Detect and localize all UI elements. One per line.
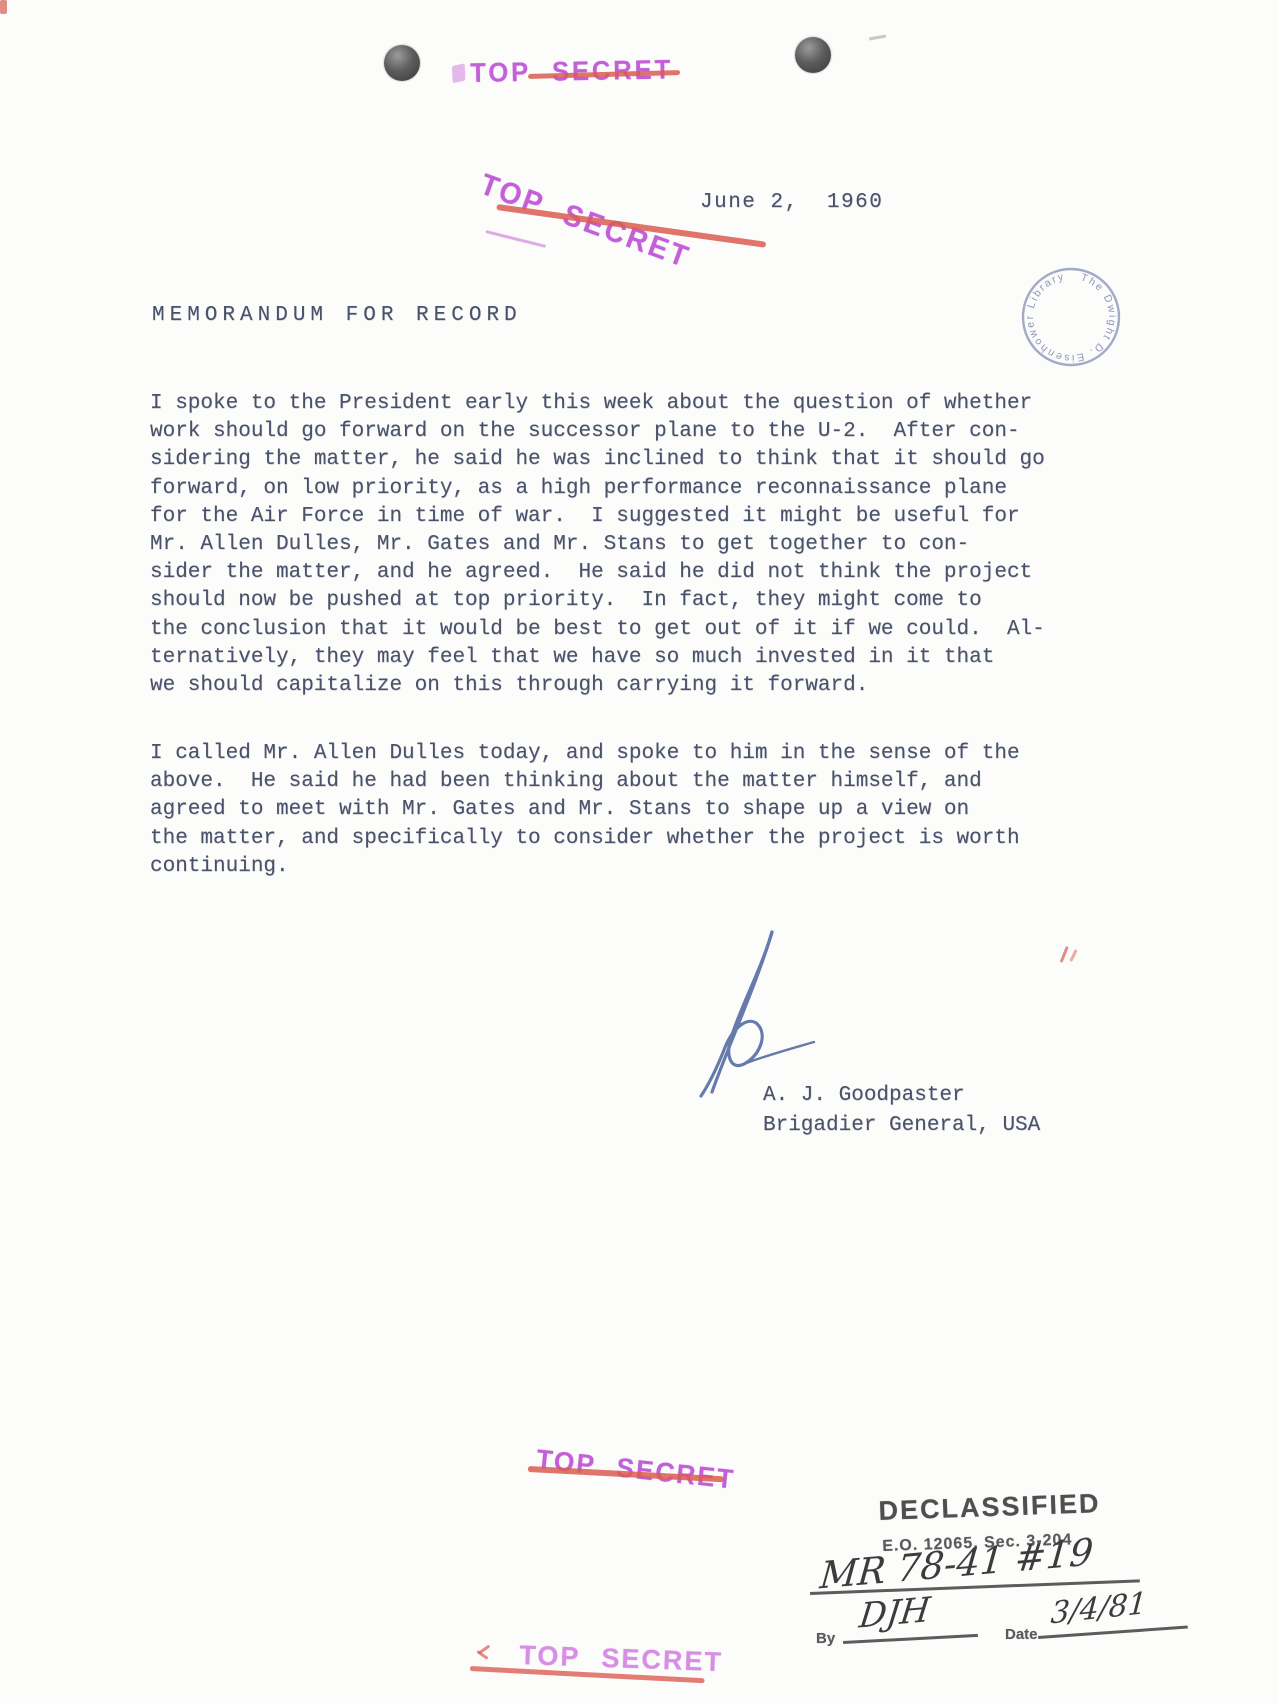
red-scribble-mark xyxy=(1060,946,1069,963)
memo-heading: MEMORANDUM FOR RECORD xyxy=(152,304,522,327)
punch-hole-right xyxy=(795,37,831,73)
text-line: the matter, and specifically to consider… xyxy=(150,825,1110,853)
text-line: Mr. Allen Dulles, Mr. Gates and Mr. Stan… xyxy=(150,531,1110,559)
memo-date: June 2, 1960 xyxy=(700,191,883,214)
text-line: ternatively, they may feel that we have … xyxy=(150,644,1110,672)
text-line: I spoke to the President early this week… xyxy=(150,390,1110,418)
text-line: continuing. xyxy=(150,853,1110,881)
body-paragraph-1: I spoke to the President early this week… xyxy=(150,390,1110,700)
red-edge-mark xyxy=(0,0,7,14)
text-line: for the Air Force in time of war. I sugg… xyxy=(150,503,1110,531)
text-line: agreed to meet with Mr. Gates and Mr. St… xyxy=(150,796,1110,824)
text-line: I called Mr. Allen Dulles today, and spo… xyxy=(150,740,1110,768)
declassified-title: DECLASSIFIED xyxy=(878,1488,1101,1527)
punch-hole-left xyxy=(384,45,420,81)
signature-name: A. J. Goodpaster xyxy=(763,1084,965,1107)
library-ring-text: The Dwight D. Eisenhower Library xyxy=(1014,260,1128,374)
red-scribble-mark-2 xyxy=(1069,949,1077,962)
text-line: forward, on low priority, as a high perf… xyxy=(150,475,1110,503)
stamp-underline-mark xyxy=(485,230,546,248)
body-paragraph-2: I called Mr. Allen Dulles today, and spo… xyxy=(150,740,1110,881)
declassified-by-label: By xyxy=(816,1630,835,1647)
stamp-smudge xyxy=(452,63,465,83)
text-line: above. He said he had been thinking abou… xyxy=(150,768,1110,796)
declassified-by-signature: DJH xyxy=(857,1590,932,1637)
signature-mark xyxy=(678,922,838,1102)
text-line: sider the matter, and he agreed. He said… xyxy=(150,559,1110,587)
text-line: the conclusion that it would be best to … xyxy=(150,616,1110,644)
text-line: we should capitalize on this through car… xyxy=(150,672,1110,700)
declassified-date-value: 3/4/81 xyxy=(1050,1586,1149,1632)
text-line: sidering the matter, he said he was incl… xyxy=(150,446,1110,474)
declassified-date-label: Date xyxy=(1005,1626,1038,1643)
text-line: work should go forward on the successor … xyxy=(150,418,1110,446)
text-line: should now be pushed at top priority. In… xyxy=(150,587,1110,615)
library-ring-stamp: The Dwight D. Eisenhower Library xyxy=(1002,248,1140,386)
svg-text:The Dwight D. Eisenhower Libra: The Dwight D. Eisenhower Library xyxy=(1014,260,1128,374)
memo-page: TOP SECRET TOP SECRET June 2, 1960 The D… xyxy=(0,0,1278,1704)
gray-dash-mark xyxy=(869,35,886,41)
signature-title: Brigadier General, USA xyxy=(763,1114,1040,1137)
